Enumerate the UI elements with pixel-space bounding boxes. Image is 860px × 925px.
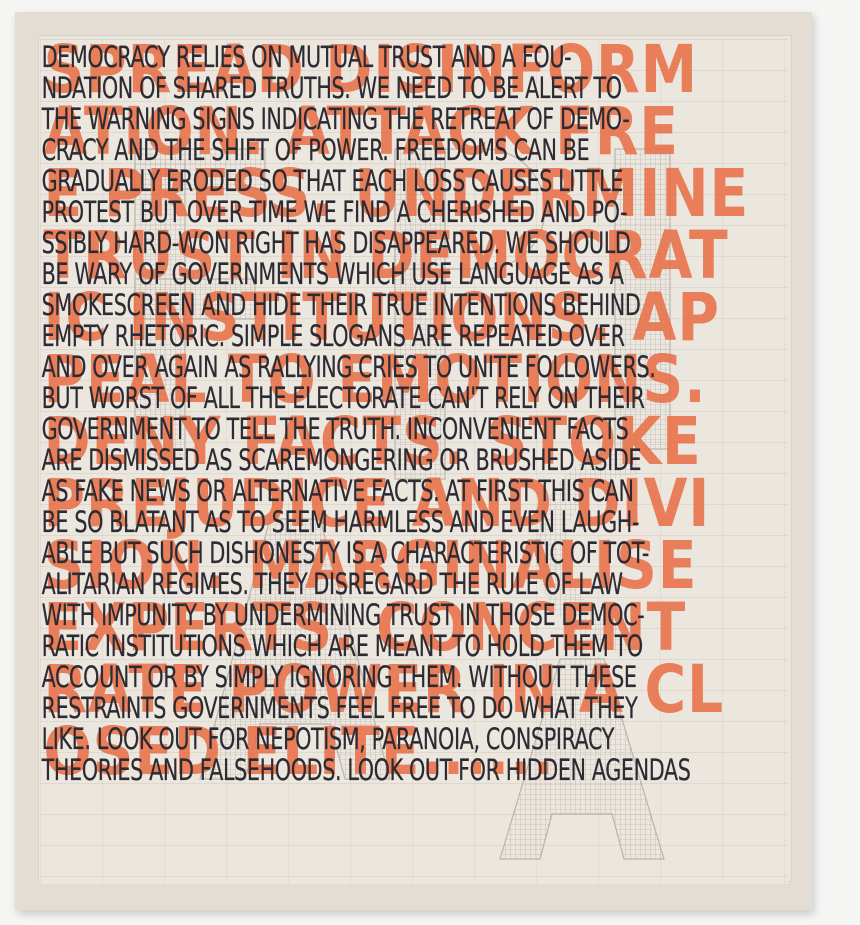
body-line: EMPTY RHETORIC. SIMPLE SLOGANS ARE REPEA… <box>40 318 635 349</box>
body-line: LIKE. LOOK OUT FOR NEPOTISM, PARANOIA, C… <box>40 721 635 752</box>
body-line: CRACY AND THE SHIFT OF POWER. FREEDOMS C… <box>40 132 635 163</box>
body-line: ALITARIAN REGIMES. THEY DISREGARD THE RU… <box>40 566 635 597</box>
body-line: BUT WORST OF ALL THE ELECTORATE CAN'T RE… <box>40 380 635 411</box>
embroidered-panel: SPREAD DISINFORM ATION. ATTACK FRE E PRE… <box>40 39 788 884</box>
body-line: THE WARNING SIGNS INDICATING THE RETREAT… <box>40 101 635 132</box>
body-line: SMOKESCREEN AND HIDE THEIR TRUE INTENTIO… <box>40 287 635 318</box>
body-line: BE WARY OF GOVERNMENTS WHICH USE LANGUAG… <box>40 256 635 287</box>
body-line: SSIBLY HARD-WON RIGHT HAS DISAPPEARED. W… <box>40 225 635 256</box>
body-line: RATIC INSTITUTIONS WHICH ARE MEANT TO HO… <box>40 628 635 659</box>
body-line: RESTRAINTS GOVERNMENTS FEEL FREE TO DO W… <box>40 690 635 721</box>
quilt-artwork: SPREAD DISINFORM ATION. ATTACK FRE E PRE… <box>15 12 812 910</box>
body-line: BE SO BLATANT AS TO SEEM HARMLESS AND EV… <box>40 504 635 535</box>
body-line: ABLE BUT SUCH DISHONESTY IS A CHARACTERI… <box>40 535 635 566</box>
body-line: GRADUALLY ERODED SO THAT EACH LOSS CAUSE… <box>40 163 635 194</box>
body-line: WITH IMPUNITY BY UNDERMINING TRUST IN TH… <box>40 597 635 628</box>
body-line: DEMOCRACY RELIES ON MUTUAL TRUST AND A F… <box>40 39 635 70</box>
body-line: PROTEST BUT OVER TIME WE FIND A CHERISHE… <box>40 194 635 225</box>
body-text-block: DEMOCRACY RELIES ON MUTUAL TRUST AND A F… <box>40 39 788 783</box>
body-line: ACCOUNT OR BY SIMPLY IGNORING THEM. WITH… <box>40 659 635 690</box>
body-line: AS FAKE NEWS OR ALTERNATIVE FACTS. AT FI… <box>40 473 635 504</box>
body-line: NDATION OF SHARED TRUTHS. WE NEED TO BE … <box>40 70 635 101</box>
body-line: GOVERNMENT TO TELL THE TRUTH. INCONVENIE… <box>40 411 635 442</box>
body-line: AND OVER AGAIN AS RALLYING CRIES TO UNIT… <box>40 349 635 380</box>
body-line: ARE DISMISSED AS SCAREMONGERING OR BRUSH… <box>40 442 635 473</box>
body-line: THEORIES AND FALSEHOODS. LOOK OUT FOR HI… <box>40 752 635 783</box>
